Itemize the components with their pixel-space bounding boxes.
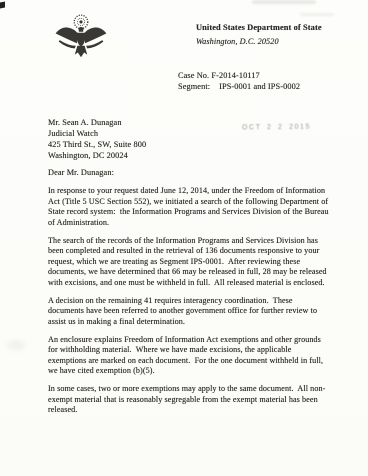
letterhead-agency-name: United States Department of State (196, 23, 322, 32)
letter-paragraph: The search of the records of the Informa… (48, 236, 329, 289)
letter-paragraph: In response to your request dated June 1… (48, 186, 329, 228)
recipient-name: Mr. Sean A. Dunagan (48, 117, 146, 128)
letter-paragraph: A decision on the remaining 41 requires … (48, 296, 329, 328)
recipient-street: 425 Third St., SW, Suite 800 (48, 139, 146, 150)
segment-value: IPS-0001 and IPS-0002 (219, 82, 300, 91)
scan-corner-artifact (0, 2, 5, 9)
state-department-seal-icon (54, 12, 108, 64)
recipient-organization: Judicial Watch (48, 128, 146, 139)
segment-line: Segment:IPS-0001 and IPS-0002 (178, 81, 300, 92)
recipient-address-block: Mr. Sean A. Dunagan Judicial Watch 425 T… (48, 117, 146, 161)
case-number: Case No. F-2014-10117 (178, 70, 300, 81)
scan-smudge (300, 13, 334, 16)
letter-page: United States Department of State Washin… (0, 0, 368, 476)
case-reference-block: Case No. F-2014-10117 Segment:IPS-0001 a… (178, 70, 300, 92)
letter-paragraph: An enclosure explains Freedom of Informa… (48, 335, 329, 377)
scan-smudge (6, 340, 26, 350)
segment-label: Segment: (178, 82, 210, 91)
salutation: Dear Mr. Dunagan: (48, 168, 114, 177)
scan-smudge (252, 0, 316, 4)
letter-paragraph: In some cases, two or more exemptions ma… (48, 384, 329, 416)
received-date-stamp: OCT 2 2 2015 (242, 124, 311, 132)
recipient-city: Washington, DC 20024 (48, 150, 146, 161)
letterhead-address: Washington, D.C. 20520 (196, 37, 279, 46)
letter-body: In response to your request dated June 1… (48, 186, 329, 423)
